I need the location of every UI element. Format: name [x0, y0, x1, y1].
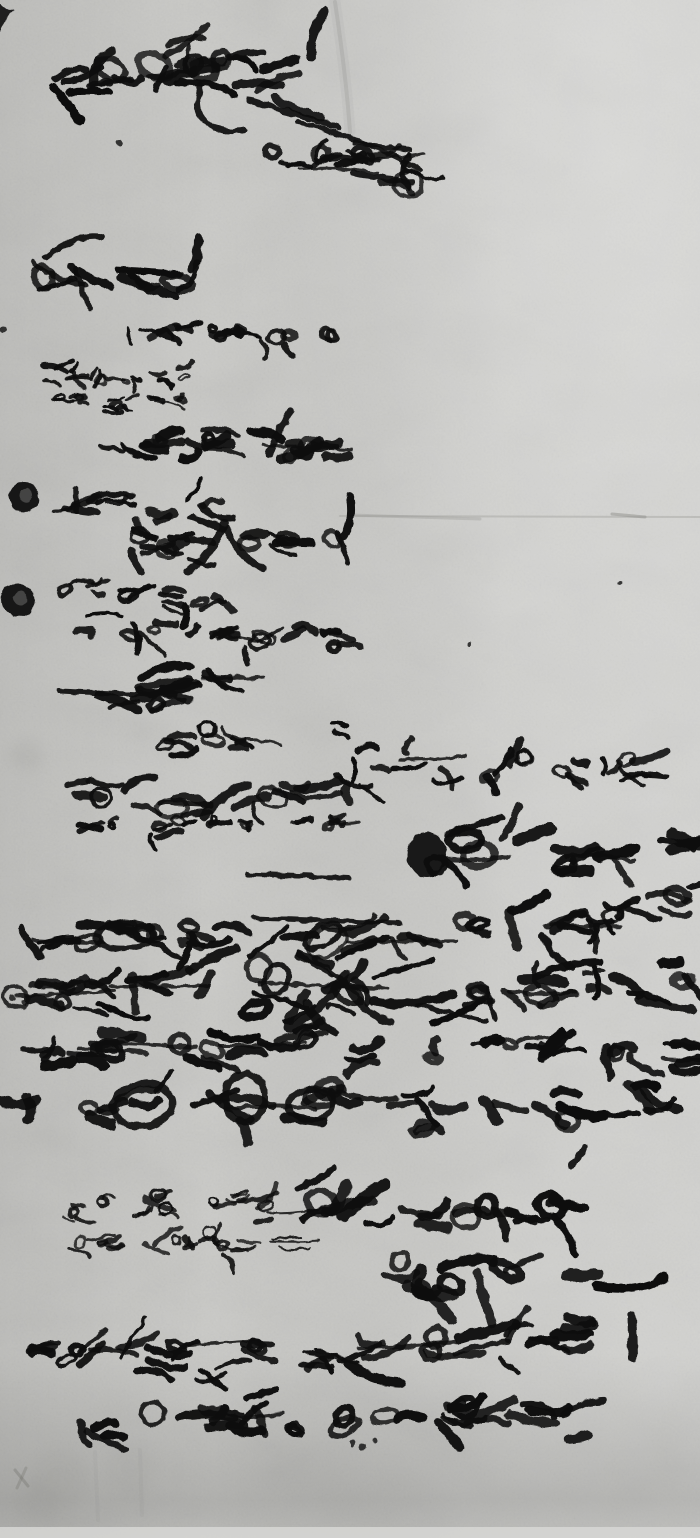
ink-stroke — [229, 747, 247, 749]
paper-smudge — [11, 739, 43, 771]
ink-stroke — [332, 815, 344, 817]
ink-stroke — [154, 622, 177, 624]
ink-speck — [360, 1443, 366, 1449]
ink-stroke — [184, 812, 210, 816]
ink-stroke — [111, 402, 121, 405]
ink-stroke — [339, 644, 359, 647]
ink-stroke — [312, 445, 336, 448]
ink-speck — [618, 581, 623, 586]
ink-stroke — [374, 767, 389, 770]
ink-speck — [21, 1000, 27, 1006]
ink-stroke — [69, 378, 92, 380]
ink-stroke — [76, 630, 92, 634]
ink-speck — [117, 140, 123, 146]
ink-stroke — [238, 1241, 261, 1243]
ink-stroke — [54, 400, 73, 402]
ink-stroke — [564, 1346, 589, 1351]
ink-pool — [407, 832, 447, 878]
ink-stroke — [567, 1317, 592, 1322]
ink-stroke — [593, 1114, 640, 1115]
ink-stroke — [625, 775, 666, 777]
ink-stroke — [566, 1275, 596, 1276]
ink-speck — [371, 1438, 377, 1444]
ink-stroke — [555, 847, 595, 851]
ink-stroke — [398, 1415, 423, 1419]
ink-stroke — [0, 1101, 35, 1105]
ink-stroke — [75, 795, 103, 797]
ink-stroke — [149, 512, 174, 514]
paper-background — [0, 0, 700, 1538]
ink-stroke — [598, 849, 635, 857]
bottom-shade — [0, 0, 700, 1538]
ink-connector — [226, 1106, 316, 1108]
ink-stroke — [455, 1210, 487, 1213]
ink-stroke — [184, 606, 187, 626]
ink-stroke — [165, 589, 183, 592]
ink-stroke — [297, 820, 312, 823]
ink-stroke — [76, 488, 77, 511]
ink-stroke — [612, 1046, 632, 1052]
ink-stroke — [101, 1033, 142, 1038]
ink-speck — [0, 327, 6, 333]
ink-stroke — [74, 1205, 85, 1206]
ink-stroke — [151, 373, 164, 375]
paper-smudge — [105, 1443, 155, 1493]
ink-stroke — [485, 1041, 503, 1042]
ink-stroke — [246, 534, 266, 536]
ink-speck — [9, 995, 15, 1001]
ink-blot-highlight — [20, 489, 34, 503]
ink-stroke — [133, 378, 139, 381]
ink-stroke — [521, 979, 565, 982]
ink-stroke — [567, 1435, 588, 1439]
ink-blot-highlight — [13, 591, 28, 606]
ink-stroke — [573, 761, 587, 764]
ink-stroke — [553, 1091, 579, 1095]
bottom-scan-edge — [0, 1527, 700, 1538]
ink-stroke — [595, 967, 598, 997]
ink-stroke — [240, 821, 251, 822]
ink-stroke — [515, 1220, 547, 1221]
ink-stroke — [81, 402, 88, 404]
manuscript-scan-canvas — [0, 0, 700, 1538]
ink-stroke — [69, 92, 109, 93]
ink-stroke — [632, 1316, 633, 1358]
ink-stroke — [175, 326, 190, 329]
ink-stroke — [67, 781, 87, 785]
ink-stroke — [662, 961, 680, 964]
paper-smudge — [20, 1480, 60, 1520]
ink-stroke — [45, 1061, 72, 1066]
ink-stroke — [149, 398, 158, 399]
ink-stroke — [420, 1223, 448, 1228]
ink-speck — [468, 643, 472, 647]
ink-stroke — [602, 759, 605, 774]
ink-stroke — [416, 1290, 438, 1295]
ink-stroke — [104, 411, 122, 413]
ink-stroke — [433, 1040, 436, 1052]
scanned-manuscript-page — [0, 0, 700, 1538]
ink-stroke — [236, 83, 282, 86]
ink-stroke — [326, 455, 349, 457]
ink-speck — [349, 1440, 355, 1446]
ink-stroke — [23, 1049, 47, 1051]
ink-stroke — [131, 1100, 159, 1105]
ink-connector — [662, 1059, 700, 1061]
ink-stroke — [229, 1049, 263, 1055]
ink-stroke — [333, 723, 347, 725]
ink-stroke — [145, 446, 166, 450]
ink-connector — [270, 1241, 318, 1242]
ink-stroke — [389, 1103, 417, 1106]
ink-stroke — [105, 1434, 124, 1438]
ink-connector — [203, 677, 263, 678]
